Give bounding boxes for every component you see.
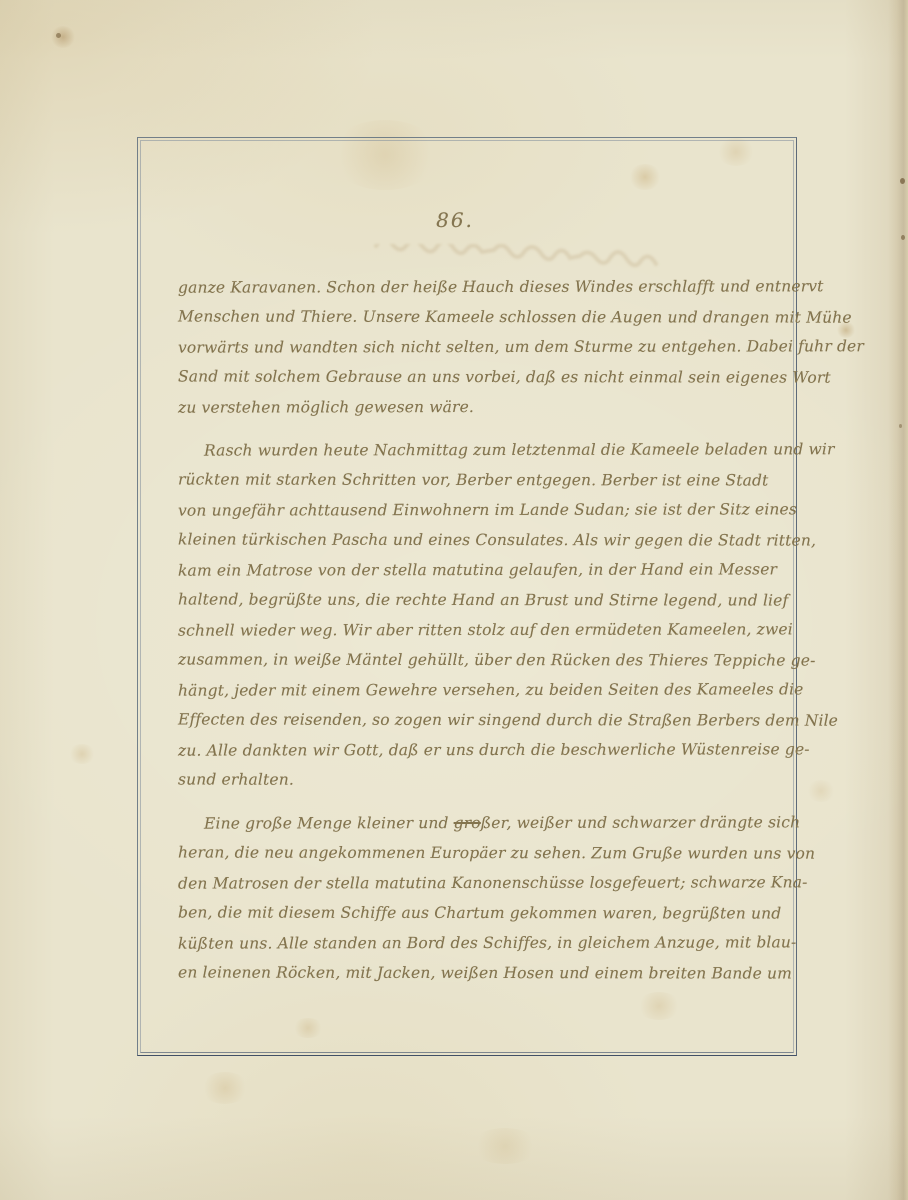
manuscript-line: schnell wieder weg. Wir aber ritten stol… <box>178 614 782 645</box>
foxing-stain <box>200 1072 250 1104</box>
manuscript-line: hängt, jeder mit einem Gewehre versehen,… <box>178 674 782 705</box>
manuscript-line: Eine große Menge kleiner und großer, wei… <box>178 807 782 838</box>
page-number: 86. <box>137 208 773 232</box>
paper-edge <box>888 0 908 1200</box>
manuscript-line: zusammen, in weiße Mäntel gehüllt, über … <box>178 644 782 675</box>
struck-word: gro <box>454 814 481 832</box>
manuscript-line: haltend, begrüßte uns, die rechte Hand a… <box>178 584 782 615</box>
manuscript-line: en leinenen Röcken, mit Jacken, weißen H… <box>178 957 782 988</box>
manuscript-line: Effecten des reisenden, so zogen wir sin… <box>178 704 782 735</box>
ink-bleed-through <box>330 244 660 274</box>
manuscript-line: kam ein Matrose von der stella matutina … <box>178 554 782 585</box>
foxing-stain <box>806 780 836 802</box>
manuscript-line: von ungefähr achttausend Einwohnern im L… <box>178 494 782 525</box>
foxing-stain <box>470 1128 540 1164</box>
manuscript-line: ben, die mit diesem Schiffe aus Chartum … <box>178 897 782 928</box>
foxing-stain <box>50 26 76 48</box>
paragraph: ganze Karavanen. Schon der heiße Hauch d… <box>178 272 782 422</box>
manuscript-scan: 86. ganze Karavanen. Schon der heiße Hau… <box>0 0 908 1200</box>
line-segment: ßer, weißer und schwarzer drängte sich <box>481 813 801 832</box>
manuscript-line: zu. Alle dankten wir Gott, daß er uns du… <box>178 734 782 765</box>
foxing-stain <box>56 33 61 38</box>
manuscript-line: Menschen und Thiere. Unsere Kameele schl… <box>178 301 782 332</box>
paragraph: Rasch wurden heute Nachmittag zum letzte… <box>178 435 782 795</box>
manuscript-line: vorwärts und wandten sich nicht selten, … <box>178 331 782 362</box>
manuscript-line: Rasch wurden heute Nachmittag zum letzte… <box>178 434 782 465</box>
manuscript-line: ganze Karavanen. Schon der heiße Hauch d… <box>178 271 782 302</box>
manuscript-line: sund erhalten. <box>178 764 782 795</box>
manuscript-line: kleinen türkischen Pascha und eines Cons… <box>178 524 782 555</box>
manuscript-line: rückten mit starken Schritten vor, Berbe… <box>178 464 782 495</box>
manuscript-line: heran, die neu angekommenen Europäer zu … <box>178 837 782 868</box>
manuscript-line: den Matrosen der stella matutina Kanonen… <box>178 867 782 898</box>
foxing-stain <box>68 744 96 764</box>
manuscript-line: zu verstehen möglich gewesen wäre. <box>178 391 782 422</box>
paper-edge-speck <box>901 235 905 240</box>
manuscript-line: Sand mit solchem Gebrause an uns vorbei,… <box>178 361 782 392</box>
paragraph: Eine große Menge kleiner und großer, wei… <box>178 808 782 988</box>
manuscript-text: ganze Karavanen. Schon der heiße Hauch d… <box>178 272 782 988</box>
paper-edge-speck <box>900 178 905 184</box>
manuscript-line: küßten uns. Alle standen an Bord des Sch… <box>178 927 782 958</box>
line-segment: Eine große Menge kleiner und <box>204 814 454 833</box>
paper-edge-speck <box>899 424 902 428</box>
